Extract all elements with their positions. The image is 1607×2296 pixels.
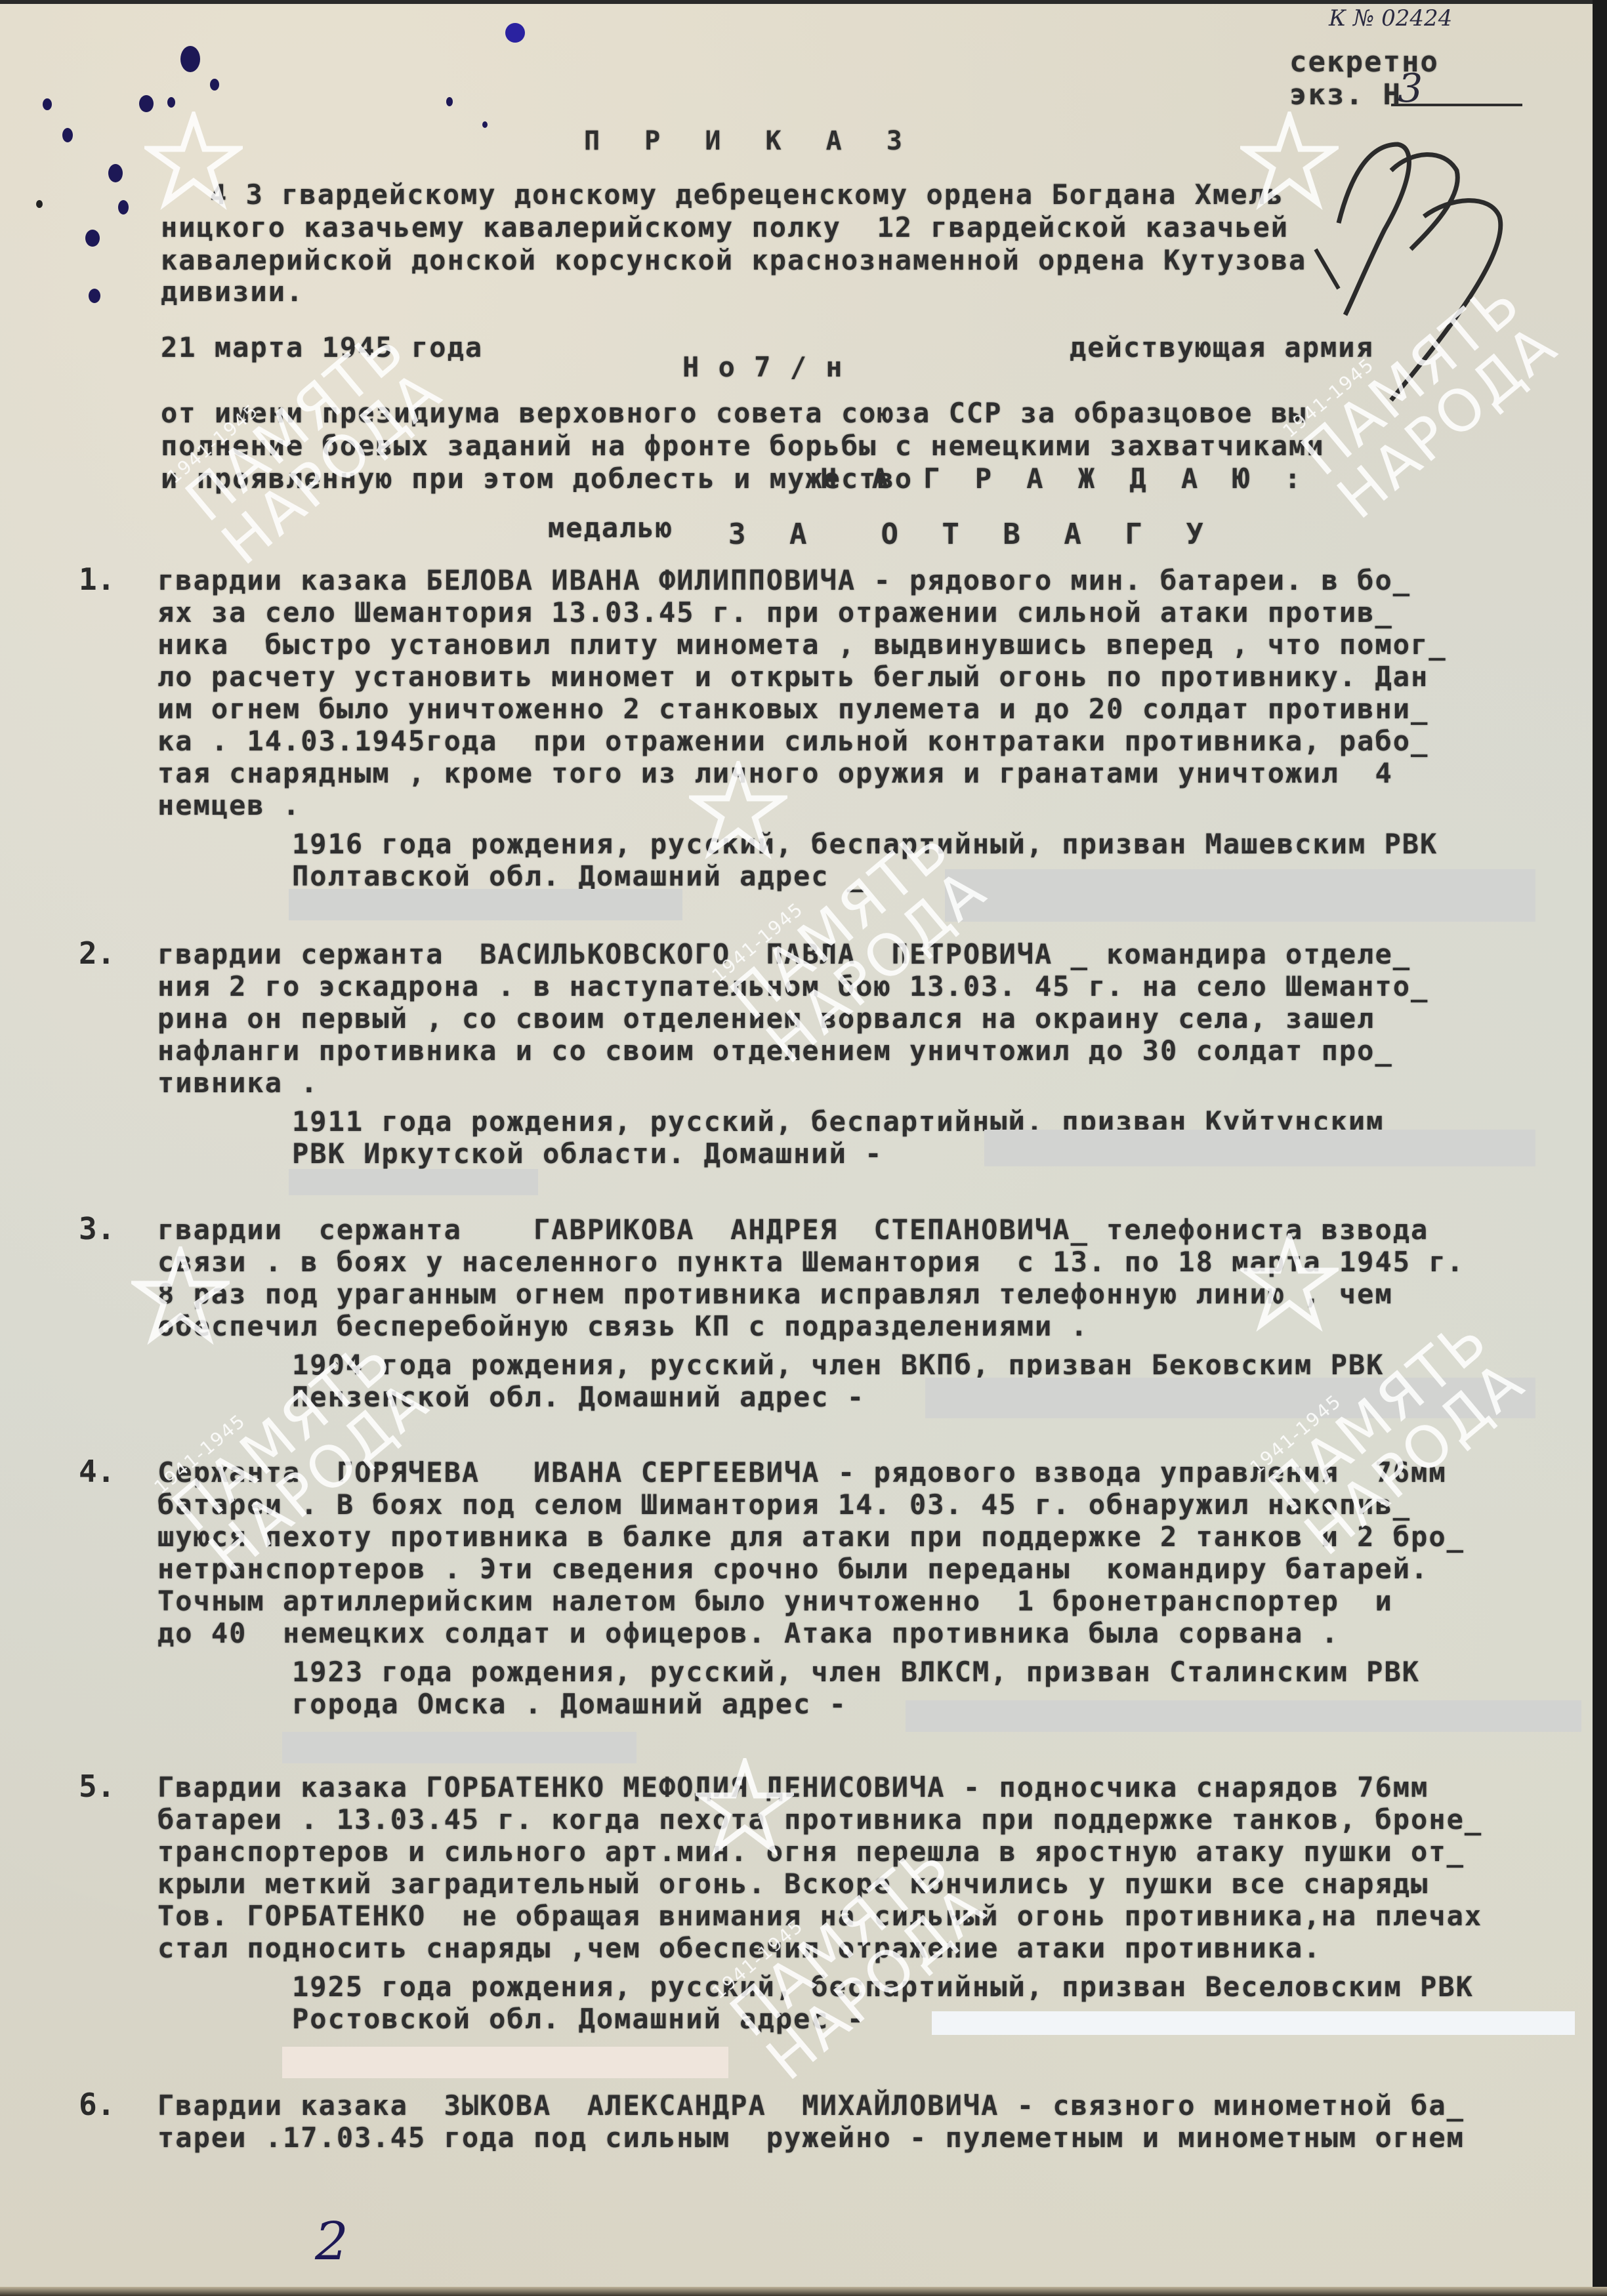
entry-text-line: транспортеров и сильного арт.мин. огня п…: [157, 1835, 1465, 1868]
scan-edge-bottom: [0, 2287, 1607, 2296]
copy-label: экз. Н: [1289, 79, 1402, 112]
redacted-address: [289, 889, 682, 920]
entry-bio-line: 1923 года рождения, русский, член ВЛКСМ,…: [292, 1656, 1420, 1689]
entry-text-line: шуюся пехоту противника в балке для атак…: [157, 1521, 1465, 1553]
redacted-address: [906, 1700, 1581, 1732]
entry-number: 6.: [79, 2087, 115, 2122]
watermark-star-icon: [131, 1246, 230, 1345]
watermark-star-icon: [696, 1758, 794, 1856]
entry-text-line: тареи .17.03.45 года под сильным ружейно…: [157, 2122, 1465, 2154]
scan-edge-top: [0, 0, 1607, 4]
watermark-star-icon: [1240, 112, 1339, 210]
addressee-line: дивизии.: [161, 276, 304, 308]
addressee-line: кавалерийской донской корсунской красноз…: [161, 244, 1306, 277]
entry-number: 2.: [79, 935, 115, 971]
entry-text-line: гвардии сержанта ГАВРИКОВА АНДРЕЯ СТЕПАН…: [157, 1214, 1429, 1246]
page-mark: 2: [315, 2211, 348, 2272]
scan-edge-right: [1593, 0, 1607, 2296]
addressee-line: 4 3 гвардейскому донскому дебреценскому …: [210, 178, 1284, 211]
entry-number: 1.: [79, 562, 115, 597]
entry-bio-line: города Омска . Домашний адрес -: [292, 1688, 847, 1721]
copy-number-underline: [1391, 104, 1522, 106]
award-name: З А О Т В А Г У: [728, 518, 1217, 551]
redacted-address: [289, 1169, 538, 1195]
redacted-address: [932, 2011, 1575, 2035]
entry-text-line: ка . 14.03.1945года при отражении сильно…: [157, 725, 1429, 758]
watermark-star-icon: [144, 112, 243, 210]
entry-bio-line: РВК Иркутской области. Домашний -: [292, 1138, 883, 1170]
entry-text-line: им огнем было уничтоженно 2 станковых пу…: [157, 693, 1429, 726]
archive-number: К № 02424: [1329, 5, 1452, 31]
entry-number: 3.: [79, 1211, 115, 1246]
entry-bio-line: 1904 года рождения, русский, член ВКПб, …: [292, 1349, 1384, 1382]
redacted-address: [945, 869, 1535, 922]
entry-text-line: ника быстро установил плиту миномета , в…: [157, 628, 1447, 661]
entry-text-line: гвардии казака БЕЛОВА ИВАНА ФИЛИППОВИЧА …: [157, 564, 1411, 597]
award-verb: Н А Г Р А Ж Д А Ю :: [820, 462, 1310, 495]
redacted-address: [984, 1130, 1535, 1166]
entry-number: 5.: [79, 1769, 115, 1804]
entry-text-line: ло расчету установить миномет и открыть …: [157, 661, 1429, 693]
entry-text-line: нетранспортеров . Эти сведения срочно бы…: [157, 1553, 1429, 1586]
entry-text-line: тивника .: [157, 1067, 319, 1099]
entry-text-line: 8 раз под ураганным огнем противника исп…: [157, 1278, 1393, 1311]
watermark-star-icon: [1240, 1233, 1339, 1332]
entry-number: 4.: [79, 1454, 115, 1489]
order-number: Н о 7 / н: [682, 351, 844, 384]
entry-text-line: Гвардии казака ЗЫКОВА АЛЕКСАНДРА МИХАЙЛО…: [157, 2089, 1465, 2122]
entry-text-line: до 40 немецких солдат и офицеров. Атака …: [157, 1617, 1339, 1650]
redacted-address: [282, 1732, 637, 1763]
entry-text-line: крыли меткий заградительный огонь. Вскор…: [157, 1868, 1429, 1900]
document-title: П Р И К А З: [584, 125, 917, 157]
entry-text-line: обеспечил бесперебойную связь КП с подра…: [157, 1310, 1089, 1343]
entry-bio-line: Полтавской обл. Домашний адрес _: [292, 860, 865, 893]
entry-text-line: ях за село Шемантория 13.03.45 г. при от…: [157, 596, 1393, 629]
award-prefix: медалью: [548, 512, 673, 544]
entry-text-line: немцев .: [157, 789, 301, 822]
watermark-star-icon: [689, 761, 787, 859]
redacted-address: [282, 2047, 728, 2078]
addressee-line: ницкого казачьему кавалерийскому полку 1…: [161, 211, 1289, 244]
entry-text-line: батареи . 13.03.45 г. когда пехота проти…: [157, 1803, 1482, 1836]
entry-text-line: Точным артиллерийским налетом было уничт…: [157, 1585, 1393, 1618]
